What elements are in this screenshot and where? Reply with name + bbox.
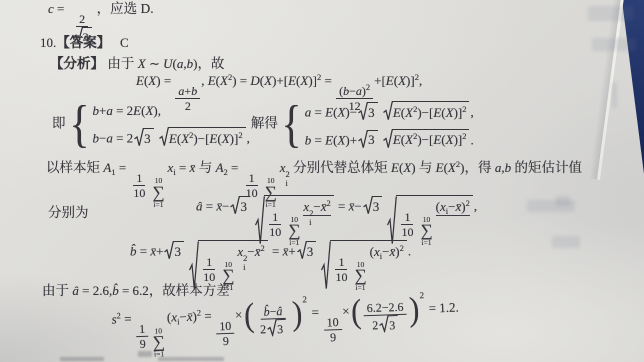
radical-sign-icon — [164, 241, 174, 260]
radical-sign-icon — [383, 129, 393, 149]
square-root: E(X2)−[E(X)]2 — [383, 129, 470, 149]
cutoff-text-fragment — [60, 357, 104, 361]
cutoff-text-fragment — [158, 357, 224, 361]
radical-sign-icon — [267, 320, 278, 337]
equation-system-line: 即{b+a = 2E(X),b−a = 23 E(X2)−[E(X)]2,解得{… — [52, 101, 475, 149]
square-root: 3 — [363, 196, 383, 215]
radical-sign-icon — [297, 241, 307, 260]
radical-sign-icon — [383, 101, 393, 121]
radical-sign-icon — [159, 127, 169, 147]
square-root: 11010∑i=1x2i−x̄2 — [255, 195, 334, 247]
square-root: 3 — [134, 128, 154, 147]
radical-sign-icon — [387, 195, 397, 247]
fraction: 109 — [216, 318, 235, 348]
underline-emphasis: (xi−x̄)2 — [436, 199, 470, 216]
summation: 10∑i=1 — [152, 177, 164, 208]
big-paren: (b̂−â23)2 — [243, 292, 309, 337]
brace-system: {b+a = 2E(X),b−a = 23 E(X2)−[E(X)]2, — [67, 103, 250, 147]
square-root: 3 — [297, 241, 317, 260]
square-root: E(X2)−[E(X)]2 — [159, 127, 246, 147]
summation: 10∑i=1 — [354, 261, 366, 292]
brace-system: {a = E(X)−3 E(X2)−[E(X)]2,b = E(X)+3 E(X… — [279, 101, 474, 149]
bleed-through-mark — [592, 38, 636, 51]
square-root: E(X2)−[E(X)]2 — [383, 101, 470, 121]
underline-emphasis: x2i−x̄2 — [303, 199, 330, 216]
fraction: 19 — [136, 321, 149, 351]
radical-sign-icon — [379, 316, 390, 333]
radical-sign-icon — [358, 130, 368, 149]
variance-computation-line: s2 = 1910∑i=1(xi−x̄)2 = 109×(b̂−â23)2 = … — [111, 287, 460, 360]
square-root: 3 — [379, 315, 399, 333]
answer-line: 10.【答案】 C — [40, 35, 129, 52]
respectively-label: 分别为 — [48, 205, 89, 222]
fraction: 110 — [130, 171, 148, 201]
radical-sign-icon — [363, 196, 373, 215]
summation: 10∑i=1 — [152, 327, 165, 359]
square-root: 3 — [358, 102, 378, 121]
bleed-through-mark — [588, 6, 634, 21]
analysis-lead-line: 【分析】 由于 X ∼ U(a,b)，故 — [50, 56, 224, 73]
bleed-through-mark — [612, 82, 617, 108]
radical-sign-icon — [358, 102, 368, 121]
bleed-through-mark — [552, 236, 580, 248]
fraction: 110 — [398, 210, 416, 240]
fraction: b̂−â23 — [256, 304, 290, 337]
document-photo: c = 23，应选 D. 10.【答案】 C 【分析】 由于 X ∼ U(a,b… — [0, 0, 644, 362]
desk-surface-corner — [621, 0, 644, 174]
radical-sign-icon — [255, 195, 265, 247]
radical-sign-icon — [230, 196, 240, 215]
radical-sign-icon — [321, 240, 331, 292]
summation: 10∑i=1 — [420, 216, 432, 247]
fraction: 110 — [266, 210, 284, 240]
square-root: 3 — [230, 196, 250, 215]
square-root: 11010∑i=1(xi−x̄)2 — [321, 240, 406, 292]
a-hat-estimate-line: â = x̄−3 11010∑i=1x2i−x̄2 = x̄−3 11010∑i… — [196, 195, 477, 247]
square-root: 11010∑i=1(xi−x̄)2 — [387, 195, 472, 247]
square-root: 3 — [358, 130, 378, 149]
square-root: 3 — [164, 241, 184, 260]
cutoff-text-fragment — [138, 351, 152, 357]
radical-sign-icon — [134, 128, 144, 147]
square-root: 3 — [267, 319, 287, 337]
fraction: 6.2−2.623 — [364, 300, 408, 334]
big-paren: (6.2−2.623)2 — [350, 288, 425, 334]
fraction: 109 — [323, 315, 342, 345]
fraction: 110 — [200, 255, 218, 285]
fraction: 110 — [332, 255, 350, 285]
bleed-through-mark — [556, 196, 570, 206]
